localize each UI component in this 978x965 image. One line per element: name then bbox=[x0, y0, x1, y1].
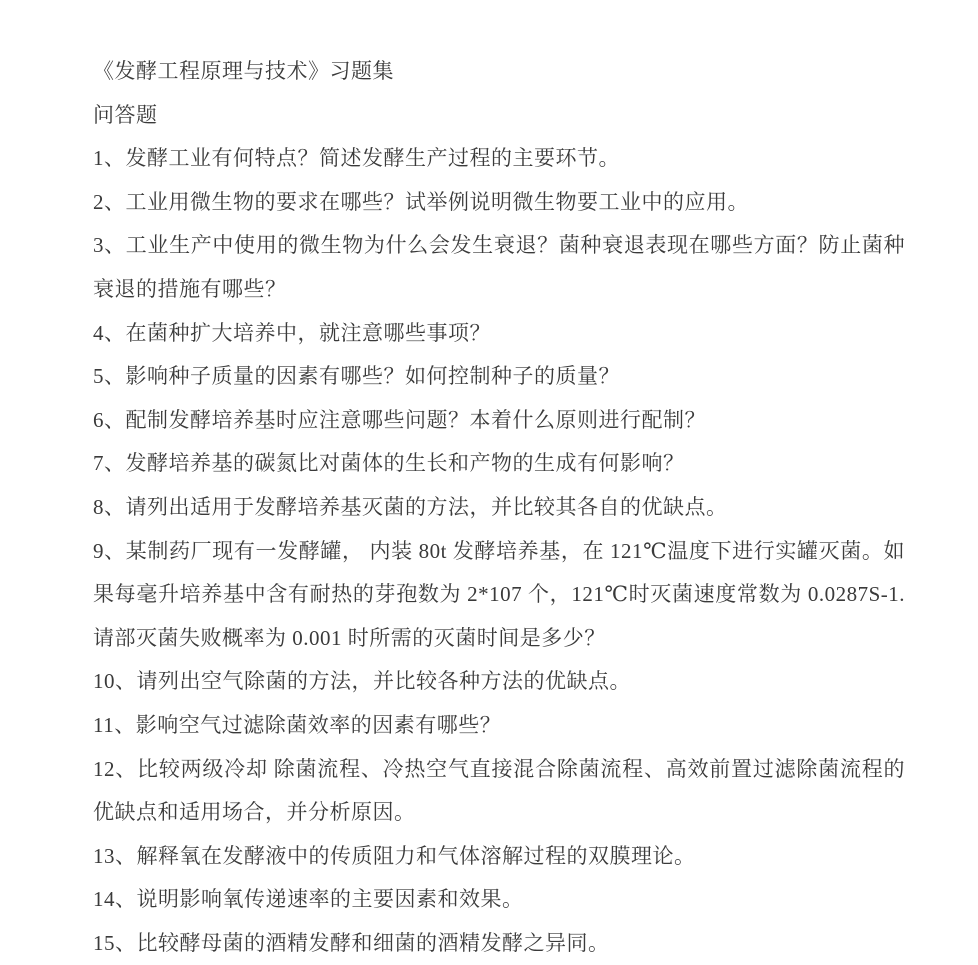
question-item: 5、影响种子质量的因素有哪些？如何控制种子的质量？ bbox=[93, 355, 905, 399]
document-page: 《发酵工程原理与技术》习题集 问答题 1、发酵工业有何特点？简述发酵生产过程的主… bbox=[0, 0, 978, 965]
question-item: 13、解释氧在发酵液中的传质阻力和气体溶解过程的双膜理论。 bbox=[93, 835, 905, 879]
question-item: 11、影响空气过滤除菌效率的因素有哪些？ bbox=[93, 704, 905, 748]
question-item: 2、工业用微生物的要求在哪些？试举例说明微生物要工业中的应用。 bbox=[93, 181, 905, 225]
question-item: 7、发酵培养基的碳氮比对菌体的生长和产物的生成有何影响？ bbox=[93, 442, 905, 486]
question-item: 9、某制药厂现有一发酵罐， 内装 80t 发酵培养基，在 121℃温度下进行实罐… bbox=[93, 530, 905, 661]
question-item: 15、比较酵母菌的酒精发酵和细菌的酒精发酵之异同。 bbox=[93, 922, 905, 965]
document-title: 《发酵工程原理与技术》习题集 bbox=[93, 50, 905, 94]
question-item: 10、请列出空气除菌的方法，并比较各种方法的优缺点。 bbox=[93, 660, 905, 704]
question-item: 8、请列出适用于发酵培养基灭菌的方法，并比较其各自的优缺点。 bbox=[93, 486, 905, 530]
question-item: 1、发酵工业有何特点？简述发酵生产过程的主要环节。 bbox=[93, 137, 905, 181]
question-item: 4、在菌种扩大培养中，就注意哪些事项？ bbox=[93, 312, 905, 356]
question-item: 6、配制发酵培养基时应注意哪些问题？本着什么原则进行配制？ bbox=[93, 399, 905, 443]
section-heading: 问答题 bbox=[93, 94, 905, 138]
question-list: 1、发酵工业有何特点？简述发酵生产过程的主要环节。2、工业用微生物的要求在哪些？… bbox=[93, 137, 905, 965]
question-item: 14、说明影响氧传递速率的主要因素和效果。 bbox=[93, 878, 905, 922]
question-item: 12、比较两级冷却 除菌流程、冷热空气直接混合除菌流程、高效前置过滤除菌流程的优… bbox=[93, 748, 905, 835]
question-item: 3、工业生产中使用的微生物为什么会发生衰退？菌种衰退表现在哪些方面？防止菌种衰退… bbox=[93, 224, 905, 311]
